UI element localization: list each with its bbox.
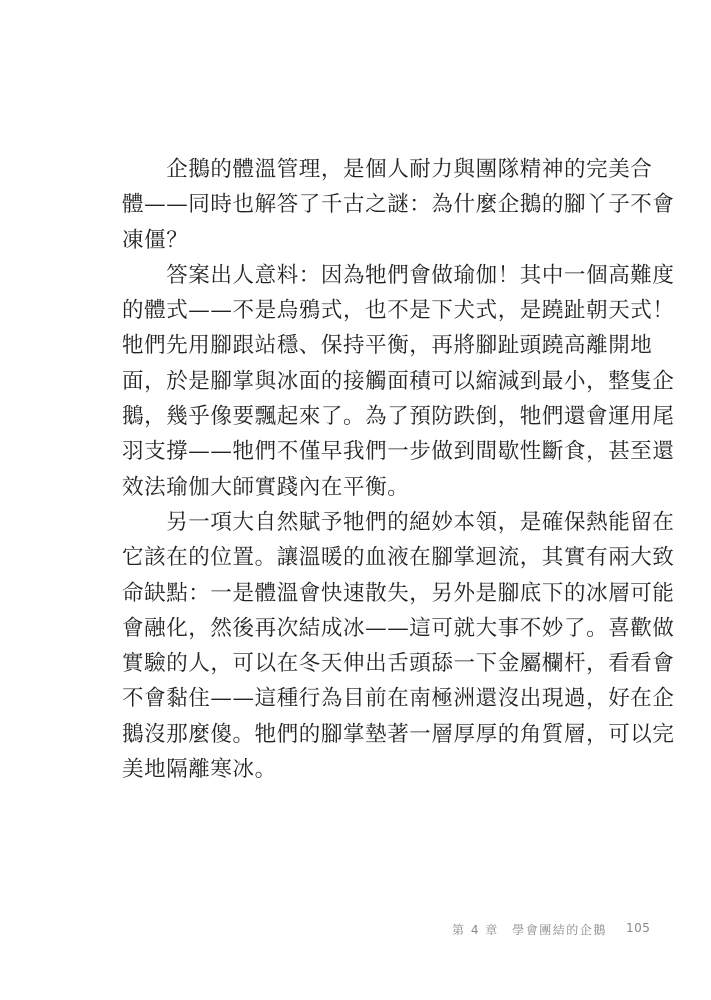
running-chapter-title: 第 4 章 學會團結的企鵝	[452, 921, 607, 938]
page-number: 105	[626, 921, 650, 935]
text-line: 的體式——不是烏鴉式，也不是下犬式，是蹺趾朝天式！	[122, 293, 592, 328]
paragraph-1: 企鵝的體溫管理，是個人耐力與團隊精神的完美合 體——同時也解答了千古之謎：為什麼…	[122, 152, 592, 258]
paragraph-3: 另一項大自然賦予牠們的絕妙本領，是確保熱能留在 它該在的位置。讓溫暖的血液在腳掌…	[122, 505, 592, 787]
book-page: 企鵝的體溫管理，是個人耐力與團隊精神的完美合 體——同時也解答了千古之謎：為什麼…	[0, 0, 711, 1000]
text-line: 它該在的位置。讓溫暖的血液在腳掌迴流，其實有兩大致	[122, 540, 592, 575]
text-line: 會融化，然後再次結成冰——這可就大事不妙了。喜歡做	[122, 611, 592, 646]
text-line: 凍僵？	[122, 223, 592, 258]
text-line: 體——同時也解答了千古之謎：為什麼企鵝的腳丫子不會	[122, 187, 592, 222]
text-line: 效法瑜伽大師實踐內在平衡。	[122, 470, 592, 505]
text-line: 牠們先用腳跟站穩、保持平衡，再將腳趾頭蹺高離開地	[122, 328, 592, 363]
text-line: 企鵝的體溫管理，是個人耐力與團隊精神的完美合	[122, 152, 592, 187]
paragraph-2: 答案出人意料：因為牠們會做瑜伽！其中一個高難度 的體式——不是烏鴉式，也不是下犬…	[122, 258, 592, 505]
text-line: 命缺點：一是體溫會快速散失，另外是腳底下的冰層可能	[122, 576, 592, 611]
text-line: 美地隔離寒冰。	[122, 752, 592, 787]
text-line: 實驗的人，可以在冬天伸出舌頭舔一下金屬欄杆，看看會	[122, 646, 592, 681]
text-line: 另一項大自然賦予牠們的絕妙本領，是確保熱能留在	[122, 505, 592, 540]
text-line: 答案出人意料：因為牠們會做瑜伽！其中一個高難度	[122, 258, 592, 293]
text-line: 不會黏住——這種行為目前在南極洲還沒出現過，好在企	[122, 681, 592, 716]
body-text: 企鵝的體溫管理，是個人耐力與團隊精神的完美合 體——同時也解答了千古之謎：為什麼…	[122, 152, 592, 787]
text-line: 羽支撐——牠們不僅早我們一步做到間歇性斷食，甚至還	[122, 434, 592, 469]
text-line: 面，於是腳掌與冰面的接觸面積可以縮減到最小，整隻企	[122, 364, 592, 399]
text-line: 鵝沒那麼傻。牠們的腳掌墊著一層厚厚的角質層，可以完	[122, 717, 592, 752]
text-line: 鵝，幾乎像要飄起來了。為了預防跌倒，牠們還會運用尾	[122, 399, 592, 434]
